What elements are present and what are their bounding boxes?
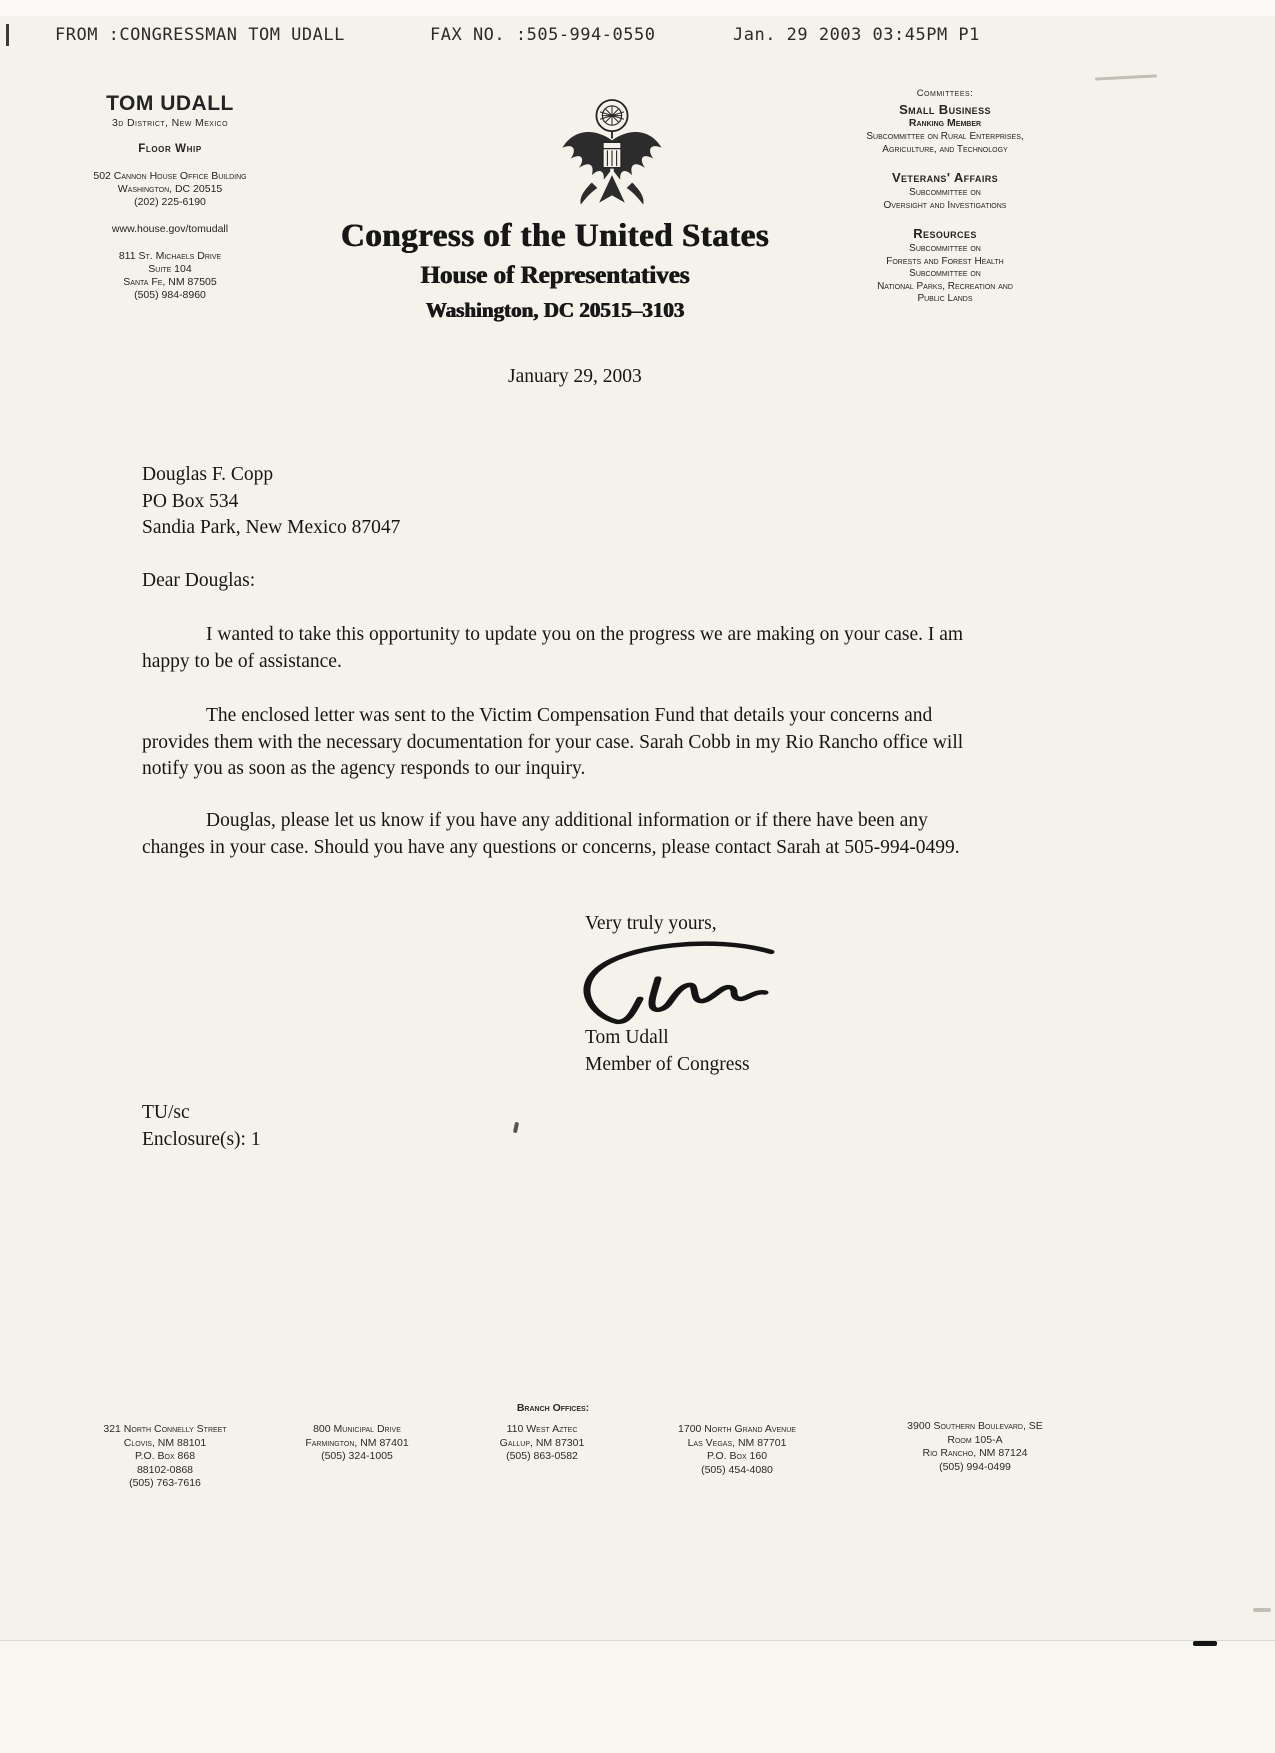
fax-letter-page: FROM :CONGRESSMAN TOM UDALL FAX NO. :505… [0, 0, 1275, 1753]
member-website: www.house.gov/tomudall [55, 223, 285, 235]
committee-resources: Resources Subcommittee on Forests and Fo… [800, 226, 1090, 306]
scanner-top-strip [0, 0, 1275, 16]
recipient-address: Douglas F. Copp PO Box 534 Sandia Park, … [142, 462, 400, 542]
member-name: TOM UDALL [55, 92, 285, 116]
santa-fe-office-address: 811 St. Michaels Drive Suite 104 Santa F… [55, 250, 285, 302]
office-rio-rancho: 3900 Southern Boulevard, SE Room 105-A R… [860, 1420, 1090, 1474]
office-clovis: 321 North Connelly Street Clovis, NM 881… [60, 1423, 270, 1491]
signer-name: Tom Udall [585, 1025, 669, 1052]
fax-datetime-line: Jan. 29 2003 03:45PM P1 [733, 25, 980, 45]
letter-date: January 29, 2003 [508, 364, 642, 391]
house-heading: House of Representatives [340, 262, 770, 290]
enclosure-note: Enclosure(s): 1 [142, 1127, 261, 1154]
great-seal-icon [557, 94, 667, 216]
office-las-vegas: 1700 North Grand Avenue Las Vegas, NM 87… [632, 1423, 842, 1477]
scan-artifact-left-edge [6, 24, 9, 46]
office-gallup: 110 West Aztec Gallup, NM 87301 (505) 86… [447, 1423, 637, 1464]
congress-heading: Congress of the United States [340, 218, 770, 255]
committees-block: Committees: Small Business Ranking Membe… [800, 88, 1090, 320]
salutation: Dear Douglas: [142, 568, 255, 595]
branch-offices-heading: Branch Offices: [517, 1402, 589, 1414]
dc-office-address: 502 Cannon House Office Building Washing… [55, 170, 285, 209]
reference-initials: TU/sc [142, 1100, 190, 1127]
fax-from-line: FROM :CONGRESSMAN TOM UDALL [55, 25, 345, 45]
letterhead-left-block: TOM UDALL 3d District, New Mexico Floor … [55, 92, 285, 302]
member-title: Floor Whip [55, 143, 285, 155]
signature-handwritten [566, 938, 796, 1033]
committee-veterans-affairs: Veterans' Affairs Subcommittee on Oversi… [800, 170, 1090, 212]
scan-artifact-dash [1193, 1641, 1217, 1646]
paragraph-3: Douglas, please let us know if you have … [142, 808, 982, 861]
scan-artifact-squiggle [1095, 74, 1157, 80]
closing: Very truly yours, [585, 911, 717, 938]
washington-address-heading: Washington, DC 20515–3103 [340, 298, 770, 323]
office-farmington: 800 Municipal Drive Farmington, NM 87401… [257, 1423, 457, 1464]
scan-artifact-smudge-right [1253, 1608, 1271, 1612]
committee-small-business: Small Business Ranking Member Subcommitt… [800, 102, 1090, 156]
paragraph-2: The enclosed letter was sent to the Vict… [142, 703, 982, 783]
member-district: 3d District, New Mexico [55, 117, 285, 129]
committees-label: Committees: [800, 88, 1090, 99]
scanner-bottom-area [0, 1640, 1275, 1753]
fax-number-line: FAX NO. :505-994-0550 [430, 25, 655, 45]
signer-title: Member of Congress [585, 1052, 750, 1079]
scan-artifact-mark [513, 1122, 519, 1134]
paragraph-1: I wanted to take this opportunity to upd… [142, 622, 974, 675]
